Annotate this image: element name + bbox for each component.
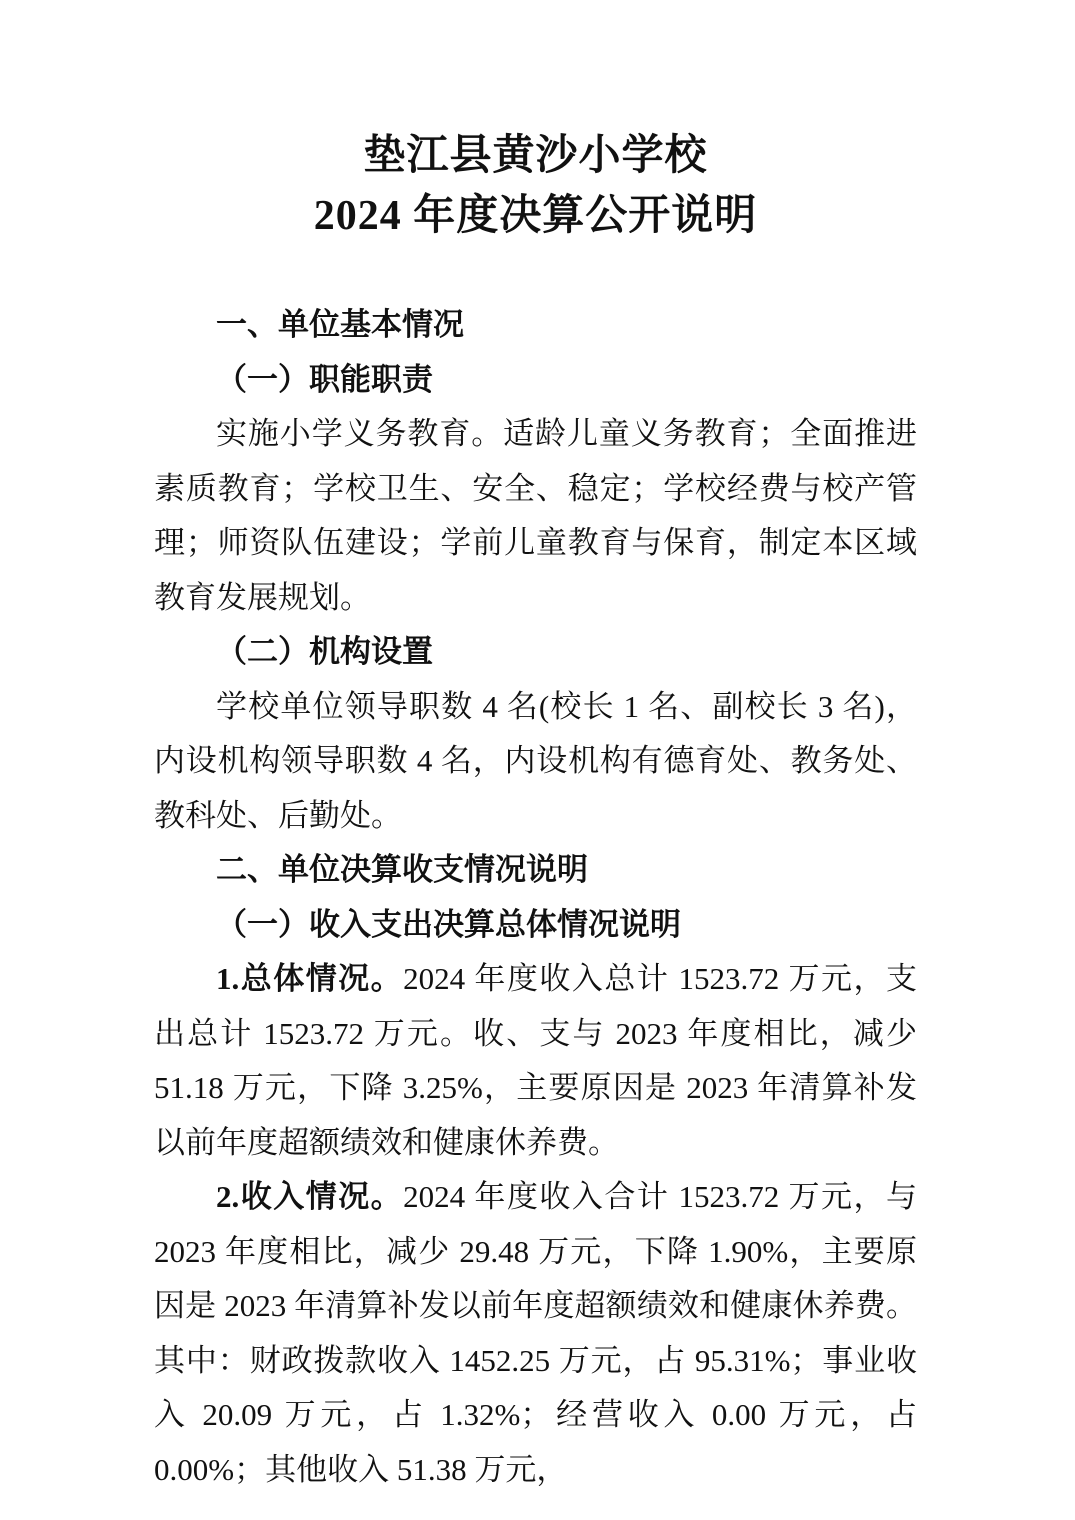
document-title: 垫江县黄沙小学校 2024 年度决算公开说明 [154,126,917,246]
paragraph-organization: 学校单位领导职数 4 名(校长 1 名、副校长 3 名)，内设机构领导职数 4 … [154,680,917,844]
subheading-overall-income-expenditure: （一）收入支出决算总体情况说明 [154,898,917,953]
paragraph-duties: 实施小学义务教育。适龄儿童义务教育；全面推进素质教育；学校卫生、安全、稳定；学校… [154,407,917,625]
paragraph-overall-lead: 1.总体情况。 [216,961,403,996]
document-title-line1: 垫江县黄沙小学校 [154,126,917,186]
paragraph-overall-situation: 1.总体情况。2024 年度收入总计 1523.72 万元，支出总计 1523.… [154,952,917,1170]
heading-budget-final-accounts: 二、单位决算收支情况说明 [154,843,917,898]
subheading-organization: （二）机构设置 [154,625,917,680]
paragraph-income-text: 2024 年度收入合计 1523.72 万元，与 2023 年度相比，减少 29… [154,1179,917,1487]
document-page: 垫江县黄沙小学校 2024 年度决算公开说明 一、单位基本情况 （一）职能职责 … [0,0,1075,1520]
document-title-line2: 2024 年度决算公开说明 [154,186,917,246]
paragraph-income-situation: 2.收入情况。2024 年度收入合计 1523.72 万元，与 2023 年度相… [154,1170,917,1497]
subheading-duties: （一）职能职责 [154,353,917,408]
heading-unit-basic-info: 一、单位基本情况 [154,298,917,353]
paragraph-income-lead: 2.收入情况。 [216,1179,403,1214]
